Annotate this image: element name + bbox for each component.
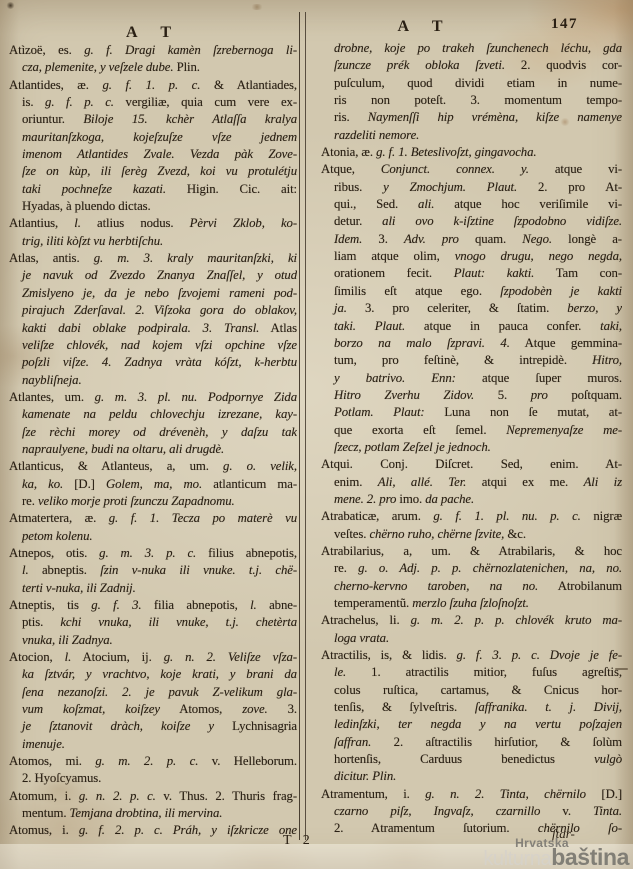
text-line: ſena nezanoſzi. 2. je pavuk Z-velikum gl… bbox=[9, 684, 297, 701]
text-line: Atocion, l. Atocium, ij. g. n. 2. Veliſz… bbox=[9, 649, 297, 666]
text-line: czarno piſz, Ingvaſz, czarnillo v. Tinta… bbox=[321, 803, 622, 820]
text-line: ſze rèchi morey od drévenèh, y daſzu tak bbox=[9, 424, 297, 441]
text-line: taki pochneſze kazati. Higin. Cic. ait: bbox=[9, 181, 297, 198]
scanned-dictionary-page: A T A T 147 Atìzoë, es. g. f. Dragi kamè… bbox=[0, 0, 633, 869]
text-line: tenſis, & ſylveſtris. ſaffranika. t. j. … bbox=[321, 699, 622, 716]
text-line: ka, ko. [D.] Golem, ma, mo. atlanticum m… bbox=[9, 476, 297, 493]
text-line: je navuk od Zvezdo Znanya Znaſſel, y otu… bbox=[9, 267, 297, 284]
text-line: mentum. Temjana drobtina, ili mervina. bbox=[9, 805, 297, 822]
text-line: tum, pro feſtinè, & intrepidè. Hitro, bbox=[321, 352, 622, 369]
text-line: mauritanſzkoga, kojeſzuſze vſze jednem bbox=[9, 129, 297, 146]
text-line: Atomos, mi. g. m. 2. p. c. v. Helleborum… bbox=[9, 753, 297, 770]
text-line: detur. ali ovo k-iſztine ſzpodobno vidiſ… bbox=[321, 213, 622, 230]
text-line: Atrachelus, li. g. m. 2. p. p. chlovék k… bbox=[321, 612, 622, 629]
text-line: razdeliti nemore. bbox=[321, 127, 622, 144]
page-number: 147 bbox=[551, 16, 578, 33]
text-line: je ſztanovit dràch, koiſze y Lychnisagri… bbox=[9, 718, 297, 735]
text-line: ſaffran. 2. aſtractilis hirſutior, & ſol… bbox=[321, 734, 622, 751]
text-line: enim. Ali, allé. Ter. atqui ex me. Ali i… bbox=[321, 474, 622, 491]
text-line: que exorta eſt ſemel. Nepremenyaſze me- bbox=[321, 422, 622, 439]
text-line: mene. 2. pro imo. da pache. bbox=[321, 491, 622, 508]
text-line: ribus. y Zmochjum. Plaut. 2. pro At- bbox=[321, 179, 622, 196]
text-line: kakti dabi oblake podpirala. 3. Transl. … bbox=[9, 320, 297, 337]
text-line: is. g. f. p. c. vergiliæ, quia cum vere … bbox=[9, 94, 297, 111]
text-line: terti v-nuka, ili Zadnij. bbox=[9, 580, 297, 597]
text-line: Atneptis, tis g. f. 3. filia abnepotis, … bbox=[9, 597, 297, 614]
watermark-word-normal: kulturna bbox=[483, 848, 551, 869]
text-line: Atonia, æ. g. f. 1. Beteslivoſzt, gingav… bbox=[321, 144, 622, 161]
text-line: Atqui. Conj. Diſcret. Sed, enim. At- bbox=[321, 456, 622, 473]
text-line: Idem. 3. Adv. pro quam. Nego. longè a- bbox=[321, 231, 622, 248]
text-line: veliſze chlovék, nad kojem vſzi opchine … bbox=[9, 337, 297, 354]
text-line: re. g. o. Adj. p. p. chërnozlatenichen, … bbox=[321, 560, 622, 577]
text-line: Atìzoë, es. g. f. Dragi kamèn ſzrebernog… bbox=[9, 42, 297, 59]
text-line: trig, iliti kòſzt vu herbtiſchu. bbox=[9, 233, 297, 250]
text-line: Potlam. Plaut: Luna non ſe mutat, at- bbox=[321, 404, 622, 421]
margin-pen-mark bbox=[615, 668, 628, 670]
text-line: ſzecz, potlam Zeſzel je jednoch. bbox=[321, 439, 622, 456]
text-line: Zmislyeno je, da je nebo ſzvojemi rameni… bbox=[9, 285, 297, 302]
text-line: temperamentũ. merzlo ſzuha ſzloſnoſzt. bbox=[321, 595, 622, 612]
left-text-column: Atìzoë, es. g. f. Dragi kamèn ſzrebernog… bbox=[9, 42, 297, 840]
text-line: Atrabilarius, a, um. & Atrabilaris, & ho… bbox=[321, 543, 622, 560]
right-text-column: drobne, koje po trakeh ſzunchenech léchu… bbox=[321, 40, 622, 838]
text-line: pirajuch Zderſaval. 2. Viſzoka gora do o… bbox=[9, 302, 297, 319]
text-line: l. abneptis. ſzin v-nuka ili vnuke. t.j.… bbox=[9, 562, 297, 579]
text-line: dicitur. Plin. bbox=[321, 768, 622, 785]
paper-stain bbox=[30, 772, 90, 806]
text-line: Atque, Conjunct. connex. y. atque vi- bbox=[321, 161, 622, 178]
text-line: Atrabaticæ, arum. g. f. 1. pl. nu. p. c.… bbox=[321, 508, 622, 525]
text-line: ſimilis eſt atque ego. ſzpodobèn je kakt… bbox=[321, 283, 622, 300]
text-line: ja. 3. pro celeriter, & ſtatim. berzo, y bbox=[321, 300, 622, 317]
text-line: poſzli viſze. 4. Zadnya vràta kóſzt, k-h… bbox=[9, 354, 297, 371]
text-line: hortenſis, Carduus benedictus vulgò bbox=[321, 751, 622, 768]
column-divider-rule bbox=[299, 12, 306, 840]
text-line: ledinſzki, ter negda y na vertu poſzajen bbox=[321, 716, 622, 733]
text-line: ka ſztvár, y vrachtvo, koje krati, y bra… bbox=[9, 666, 297, 683]
text-line: vum koſzmat, koiſzey Atomos, zove. 3. bbox=[9, 701, 297, 718]
text-line: vnuka, ili Zadnya. bbox=[9, 632, 297, 649]
text-line: veſtes. chërno ruho, chërne ſzvite, &c. bbox=[321, 526, 622, 543]
text-line: le. 1. atractilis mitior, fuſus agreſtis… bbox=[321, 664, 622, 681]
text-line: imenom Atlantides Zvale. Vezda pàk Zove- bbox=[9, 146, 297, 163]
text-line: qui., Sed. ali. atque hoc veriſimile vi- bbox=[321, 196, 622, 213]
text-line: borzo na malo ſzpravi. 4. Atque gemmina- bbox=[321, 335, 622, 352]
text-line: colus ruſtica, cartamus, & Cnicus hor- bbox=[321, 682, 622, 699]
text-line: y batrivo. Enn: atque ſuper muros. bbox=[321, 370, 622, 387]
paper-stain bbox=[560, 118, 570, 126]
text-line: Atomus, i. g. f. 2. p. c. Práh, y iſzkri… bbox=[9, 822, 297, 839]
text-line: Atramentum, i. g. n. 2. Tinta, chërnilo … bbox=[321, 786, 622, 803]
text-line: ris. Naymenſſi hip vrémèna, kiſze nameny… bbox=[321, 109, 622, 126]
text-line: orationem fecit. Plaut: kakti. Tam con- bbox=[321, 265, 622, 282]
text-line: napraulyene, budi na oltaru, ali drugdè. bbox=[9, 441, 297, 458]
watermark-word-bold: baština bbox=[551, 844, 629, 869]
running-header-right: A T bbox=[330, 18, 520, 36]
text-line: Atlantes, um. g. m. 3. pl. nu. Podpornye… bbox=[9, 389, 297, 406]
text-line: Hitro Zverhu Zidov. 5. pro poſtquam. bbox=[321, 387, 622, 404]
text-line: Atlanticus, & Atlanteus, a, um. g. o. ve… bbox=[9, 458, 297, 475]
text-line: Atnepos, otis. g. m. 3. p. c. filius abn… bbox=[9, 545, 297, 562]
text-line: cherno-kervno taroben, na no. Atrobilanu… bbox=[321, 578, 622, 595]
text-line: loga vrata. bbox=[321, 630, 622, 647]
text-line: re. veliko morje proti ſzunczu Zapadnomu… bbox=[9, 493, 297, 510]
text-line: Atlantius, l. atlius nodus. Pèrvi Zklob,… bbox=[9, 215, 297, 232]
text-line: Atractilis, is, & lidis. g. f. 3. p. c. … bbox=[321, 647, 622, 664]
text-line: petom kolenu. bbox=[9, 528, 297, 545]
text-line: naybliſneja. bbox=[9, 372, 297, 389]
paper-stain bbox=[250, 4, 264, 10]
text-line: drobne, koje po trakeh ſzunchenech léchu… bbox=[321, 40, 622, 57]
running-header-left: A T bbox=[10, 24, 297, 42]
text-line: imenuje. bbox=[9, 736, 297, 753]
text-line: ſze on kùp, ili ſerèg Zvezd, koi vu prot… bbox=[9, 163, 297, 180]
text-line: ptis. kchi vnuka, ili vnuke, t.j. chetèr… bbox=[9, 614, 297, 631]
ink-speck bbox=[6, 2, 15, 9]
text-line: oriuntur. Biloje 15. kchèr Atlaſſa kraly… bbox=[9, 111, 297, 128]
text-line: taki. Plaut. atque in pauca confer. taki… bbox=[321, 318, 622, 335]
text-line: Atlantides, æ. g. f. 1. p. c. & Atlantia… bbox=[9, 77, 297, 94]
watermark: Hrvatskakulturnabaština bbox=[483, 837, 629, 869]
text-line: ris non poteſt. 3. momentum tempo- bbox=[321, 92, 622, 109]
text-line: cza, plemenite, y veſzele dube. Plin. bbox=[9, 59, 297, 76]
text-line: 2. Atramentum ſutorium. chërnilo ſo- bbox=[321, 820, 622, 837]
text-line: Atmatertera, æ. g. f. 1. Tecza po materè… bbox=[9, 510, 297, 527]
text-line: puſculum, quod dividi etiam in nume- bbox=[321, 75, 622, 92]
text-line: ſzuncze prék obloka ſzveti. 2. quodvis c… bbox=[321, 57, 622, 74]
text-line: Atlas, antis. g. m. 3. kraly mauritanſzk… bbox=[9, 250, 297, 267]
text-line: kamenate na peldu chlovechju izrezane, k… bbox=[9, 406, 297, 423]
text-line: liam atque olim, vnogo drugu, nego negda… bbox=[321, 248, 622, 265]
text-line: Hyadas, à pluendo dictas. bbox=[9, 198, 297, 215]
